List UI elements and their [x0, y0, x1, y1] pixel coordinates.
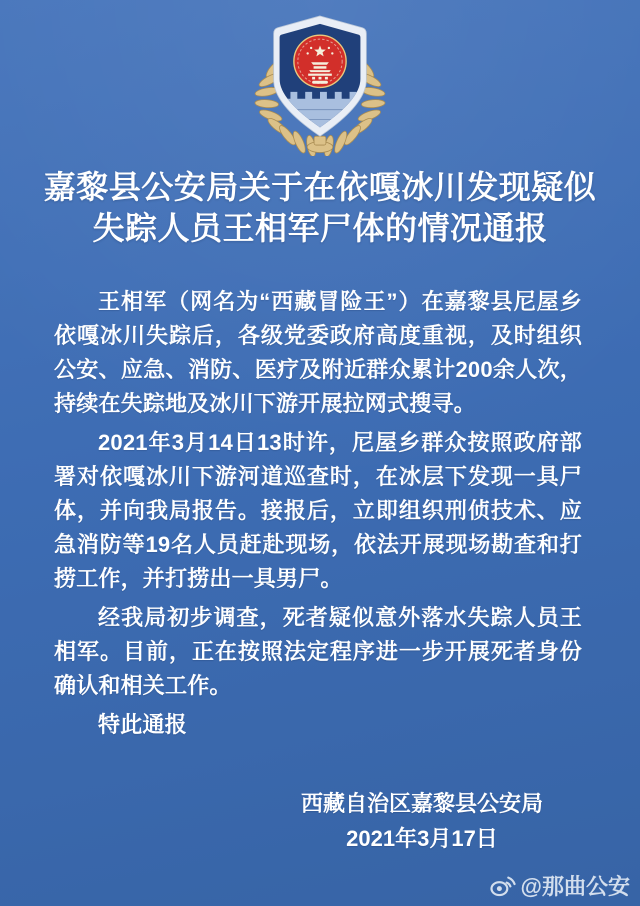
police-notice-page: 嘉黎县公安局关于在依嘎冰川发现疑似 失踪人员王相军尸体的情况通报 王相军（网名为…	[0, 0, 640, 906]
notice-closing: 特此通报	[54, 708, 582, 742]
signature-date: 2021年3月17日	[301, 821, 543, 856]
notice-title-line1: 嘉黎县公安局关于在依嘎冰川发现疑似	[44, 169, 597, 205]
weibo-icon	[489, 874, 516, 897]
notice-paragraph-2: 2021年3月14日13时许，尼屋乡群众按照政府部署对依嘎冰川下游河道巡查时，在…	[54, 426, 582, 596]
signature-block: 西藏自治区嘉黎县公安局 2021年3月17日	[301, 786, 543, 856]
watermark: @那曲公安	[489, 870, 630, 901]
notice-body: 王相军（网名为“西藏冒险王”）在嘉黎县尼屋乡依嘎冰川失踪后，各级党委政府高度重视…	[54, 285, 582, 742]
notice-paragraph-3: 经我局初步调查，死者疑似意外落水失踪人员王相军。目前，正在按照法定程序进一步开展…	[54, 601, 582, 703]
notice-paragraph-1: 王相军（网名为“西藏冒险王”）在嘉黎县尼屋乡依嘎冰川失踪后，各级党委政府高度重视…	[54, 285, 582, 421]
notice-title-line2: 失踪人员王相军尸体的情况通报	[92, 210, 547, 246]
police-badge-icon	[251, 6, 389, 156]
signature-org: 西藏自治区嘉黎县公安局	[301, 786, 543, 821]
watermark-handle: @那曲公安	[521, 870, 630, 901]
notice-title: 嘉黎县公安局关于在依嘎冰川发现疑似 失踪人员王相军尸体的情况通报	[0, 167, 640, 249]
